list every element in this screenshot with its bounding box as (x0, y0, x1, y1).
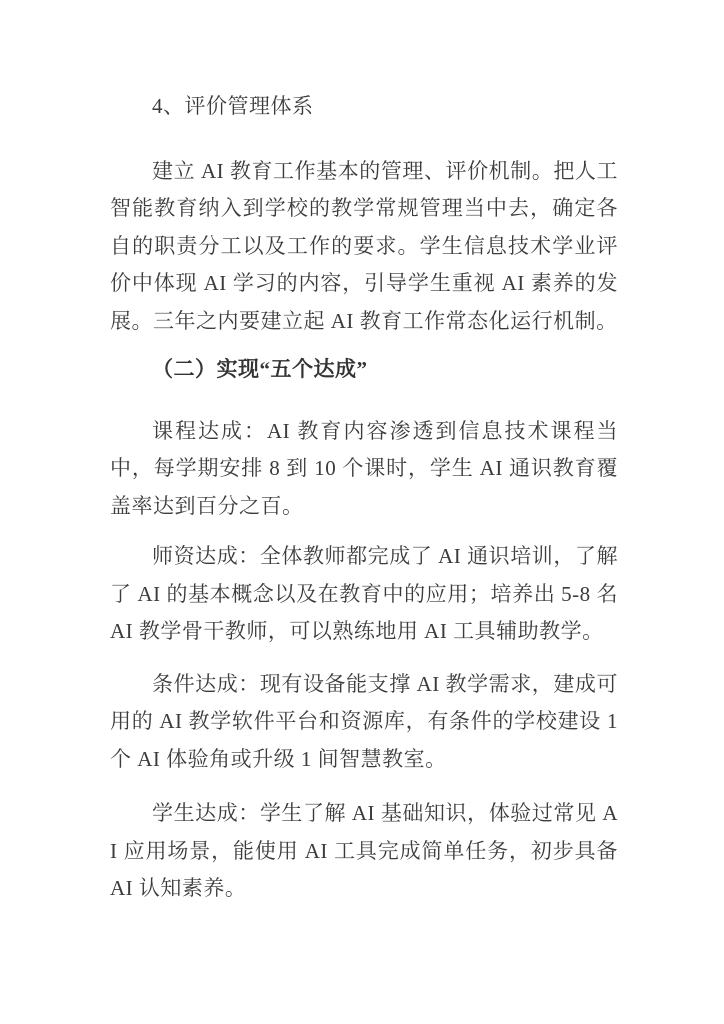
paragraph-student-achievement: 学生达成：学生了解 AI 基础知识，体验过常见 AI 应用场景，能使用 AI 工… (110, 795, 618, 908)
paragraph-curriculum-achievement: 课程达成：AI 教育内容渗透到信息技术课程当中，每学期安排 8 到 10 个课时… (110, 413, 618, 526)
paragraph-teacher-achievement: 师资达成：全体教师都完成了 AI 通识培训，了解了 AI 的基本概念以及在教育中… (110, 538, 618, 651)
paragraph-management-mechanism: 建立 AI 教育工作基本的管理、评价机制。把人工智能教育纳入到学校的教学常规管理… (110, 153, 618, 341)
section-heading-evaluation-management: 4、评价管理体系 (110, 88, 618, 126)
paragraph-condition-achievement: 条件达成：现有设备能支撑 AI 教学需求，建成可用的 AI 教学软件平台和资源库… (110, 666, 618, 779)
section-heading-five-achievements: （二）实现“五个达成” (110, 351, 618, 389)
document-page: 4、评价管理体系 建立 AI 教育工作基本的管理、评价机制。把人工智能教育纳入到… (0, 0, 724, 1024)
